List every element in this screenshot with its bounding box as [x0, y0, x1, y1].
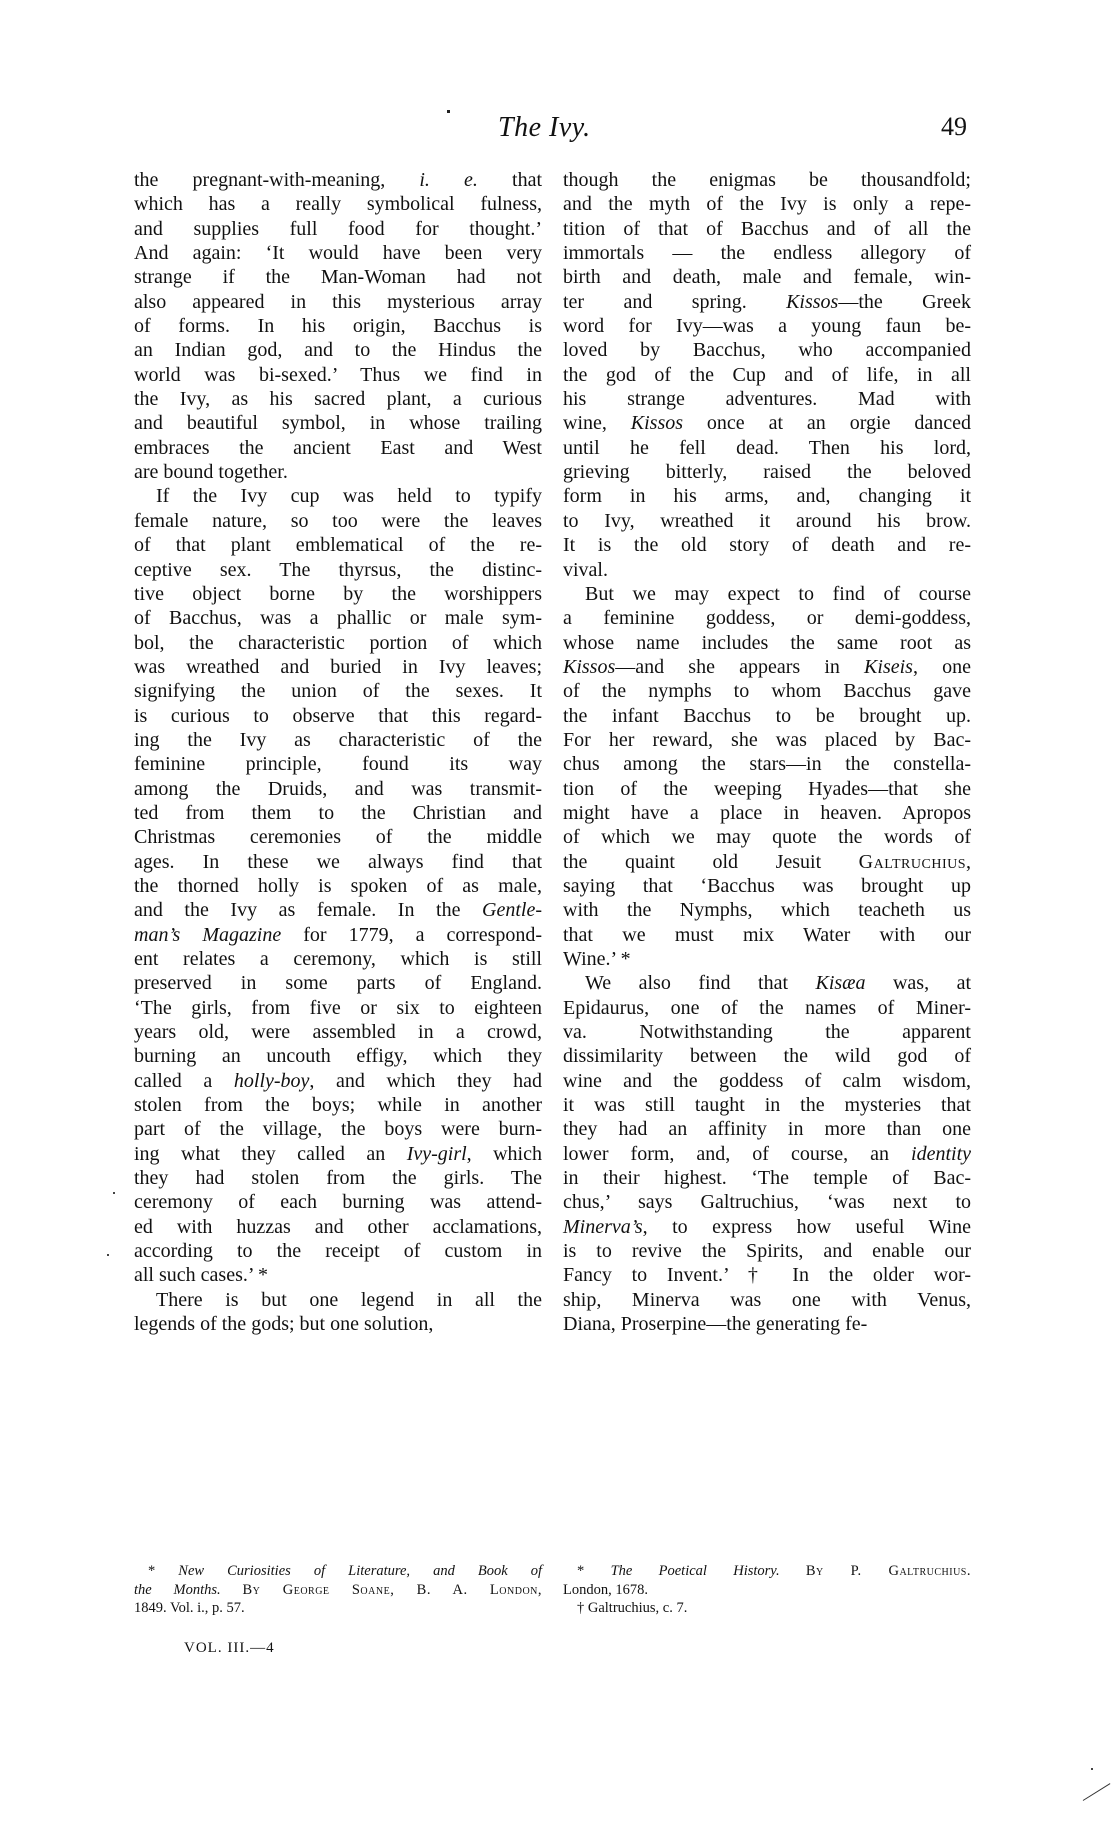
text-line: stolen from the boys; while in another [134, 1093, 542, 1117]
text-line: and beautiful symbol, in whose trailing [134, 411, 542, 435]
footnote-book-title: The Poetical History. [611, 1563, 780, 1579]
text-line: feminine principle, found its way [134, 752, 542, 776]
text-line: chus,’ says Galtruchius, ‘was next to [563, 1190, 971, 1214]
footnote-line: the Months. By George Soane, B. A. Londo… [134, 1581, 542, 1600]
text-line: ‘The girls, from five or six to eighteen [134, 996, 542, 1020]
text-line: If the Ivy cup was held to typify [134, 484, 542, 508]
text-line: And again: ‘It would have been very [134, 241, 542, 265]
text-line: Wine.’ * [563, 947, 971, 971]
text-line: with the Nymphs, which teacheth us [563, 898, 971, 922]
print-speck [447, 110, 450, 113]
footnote-book-title: the Months. [134, 1582, 221, 1598]
text-line: legends of the gods; but one solution, [134, 1312, 542, 1336]
text-line: until he fell dead. Then his lord, [563, 436, 971, 460]
text-line: world was bi-sexed.’ Thus we find in [134, 363, 542, 387]
text-line: of which we may quote the words of [563, 825, 971, 849]
text-line: wine and the goddess of calm wisdom, [563, 1069, 971, 1093]
text-line: tition of that of Bacchus and of all the [563, 217, 971, 241]
text-line: wine, Kissos once at an orgie danced [563, 411, 971, 435]
text-line: they had stolen from the girls. The [134, 1166, 542, 1190]
text-line: female nature, so too were the leaves [134, 509, 542, 533]
text-line: Epidaurus, one of the names of Miner- [563, 996, 971, 1020]
text-line: which has a really symbolical fulness, [134, 192, 542, 216]
text-line: It is the old story of death and re- [563, 533, 971, 557]
text-line: the god of the Cup and of life, in all [563, 363, 971, 387]
text-line: For her reward, she was placed by Bac- [563, 728, 971, 752]
text-line: in their highest. ‘The temple of Bac- [563, 1166, 971, 1190]
text-line: of forms. In his origin, Bacchus is [134, 314, 542, 338]
book-page: The Ivy. 49 the pregnant-with-meaning, i… [0, 0, 1120, 1825]
margin-speck [107, 1254, 109, 1256]
text-line: also appeared in this mysterious array [134, 290, 542, 314]
text-line: signifying the union of the sexes. It [134, 679, 542, 703]
text-line: is curious to observe that this regard- [134, 704, 542, 728]
text-line: ing what they called an Ivy-girl, which [134, 1142, 542, 1166]
text-line: and supplies full food for thought.’ [134, 217, 542, 241]
text-line: loved by Bacchus, who accompanied [563, 338, 971, 362]
text-line: Minerva’s, to express how useful Wine [563, 1215, 971, 1239]
text-line: though the enigmas be thousandfold; [563, 168, 971, 192]
text-line: was wreathed and buried in Ivy leaves; [134, 655, 542, 679]
text-line: the infant Bacchus to be brought up. [563, 704, 971, 728]
text-line: ship, Minerva was one with Venus, [563, 1288, 971, 1312]
text-line: strange if the Man-Woman had not [134, 265, 542, 289]
text-line: of that plant emblematical of the re- [134, 533, 542, 557]
footnote-line: London, 1678. [563, 1581, 971, 1600]
text-line: the pregnant-with-meaning, i. e. that [134, 168, 542, 192]
text-line: word for Ivy—was a young faun be- [563, 314, 971, 338]
text-line: an Indian god, and to the Hindus the [134, 338, 542, 362]
left-column: the pregnant-with-meaning, i. e. thatwhi… [134, 168, 542, 1337]
text-line: ted from them to the Christian and [134, 801, 542, 825]
text-line: among the Druids, and was transmit- [134, 777, 542, 801]
text-line: to Ivy, wreathed it around his brow. [563, 509, 971, 533]
text-line: Diana, Proserpine—the generating fe- [563, 1312, 971, 1336]
text-line: part of the village, the boys were burn- [134, 1117, 542, 1141]
text-line: of Bacchus, was a phallic or male sym- [134, 606, 542, 630]
text-line: man’s Magazine for 1779, a correspond- [134, 923, 542, 947]
page-number: 49 [941, 112, 967, 142]
text-line: grieving bitterly, raised the beloved [563, 460, 971, 484]
text-line: chus among the stars—in the constella- [563, 752, 971, 776]
text-line: years old, were assembled in a crowd, [134, 1020, 542, 1044]
text-line: ed with huzzas and other acclamations, [134, 1215, 542, 1239]
text-line: they had an affinity in more than one [563, 1117, 971, 1141]
signature-mark: VOL. III.—4 [184, 1640, 275, 1657]
text-line: Fancy to Invent.’ † In the older wor- [563, 1263, 971, 1287]
text-line: ent relates a ceremony, which is still [134, 947, 542, 971]
text-line: tive object borne by the worshippers [134, 582, 542, 606]
text-line: the quaint old Jesuit Galtruchius, [563, 850, 971, 874]
text-line: called a holly-boy, and which they had [134, 1069, 542, 1093]
footnote-right: * The Poetical History. By P. Galtruchiu… [563, 1562, 971, 1618]
text-line: birth and death, male and female, win- [563, 265, 971, 289]
text-line: Christmas ceremonies of the middle [134, 825, 542, 849]
footnote-line: † Galtruchius, c. 7. [563, 1599, 971, 1618]
text-line: bol, the characteristic portion of which [134, 631, 542, 655]
text-line: whose name includes the same root as [563, 631, 971, 655]
text-line: ter and spring. Kissos—the Greek [563, 290, 971, 314]
running-title: The Ivy. [498, 112, 591, 144]
text-line: ages. In these we always find that [134, 850, 542, 874]
text-line: and the Ivy as female. In the Gentle- [134, 898, 542, 922]
margin-speck [113, 1192, 115, 1194]
right-column: though the enigmas be thousandfold;and t… [563, 168, 971, 1337]
text-line: vival. [563, 558, 971, 582]
text-line: Kissos—and she appears in Kiseis, one [563, 655, 971, 679]
text-line: burning an uncouth effigy, which they [134, 1044, 542, 1068]
text-line: might have a place in heaven. Apropos [563, 801, 971, 825]
text-line: preserved in some parts of England. [134, 971, 542, 995]
text-line: There is but one legend in all the [134, 1288, 542, 1312]
corner-pencil-mark [1083, 1783, 1111, 1801]
text-line: form in his arms, and, changing it [563, 484, 971, 508]
footnote-line: * The Poetical History. By P. Galtruchiu… [563, 1562, 971, 1581]
text-line: embraces the ancient East and West [134, 436, 542, 460]
text-line: immortals — the endless allegory of [563, 241, 971, 265]
text-line: is to revive the Spirits, and enable our [563, 1239, 971, 1263]
footnote-line: * New Curiosities of Literature, and Boo… [134, 1562, 542, 1581]
text-line: of the nymphs to whom Bacchus gave [563, 679, 971, 703]
text-line: But we may expect to find of course [563, 582, 971, 606]
text-line: the thorned holly is spoken of as male, [134, 874, 542, 898]
text-line: va. Notwithstanding the apparent [563, 1020, 971, 1044]
text-line: his strange adventures. Mad with [563, 387, 971, 411]
text-line: it was still taught in the mysteries tha… [563, 1093, 971, 1117]
text-line: the Ivy, as his sacred plant, a curious [134, 387, 542, 411]
footnote-left: * New Curiosities of Literature, and Boo… [134, 1562, 542, 1618]
margin-speck [1091, 1768, 1093, 1770]
text-line: saying that ‘Bacchus was brought up [563, 874, 971, 898]
text-line: that we must mix Water with our [563, 923, 971, 947]
footnote-line: 1849. Vol. i., p. 57. [134, 1599, 542, 1618]
text-line: lower form, and, of course, an identity [563, 1142, 971, 1166]
text-line: and the myth of the Ivy is only a repe- [563, 192, 971, 216]
text-line: a feminine goddess, or demi-goddess, [563, 606, 971, 630]
text-line: according to the receipt of custom in [134, 1239, 542, 1263]
text-line: tion of the weeping Hyades—that she [563, 777, 971, 801]
footnote-book-title: New Curiosities of Literature, and Book … [178, 1563, 542, 1579]
text-line: dissimilarity between the wild god of [563, 1044, 971, 1068]
text-line: We also find that Kisæa was, at [563, 971, 971, 995]
text-line: ing the Ivy as characteristic of the [134, 728, 542, 752]
text-line: are bound together. [134, 460, 542, 484]
text-line: all such cases.’ * [134, 1263, 542, 1287]
text-line: ceremony of each burning was attend- [134, 1190, 542, 1214]
text-line: ceptive sex. The thyrsus, the distinc- [134, 558, 542, 582]
